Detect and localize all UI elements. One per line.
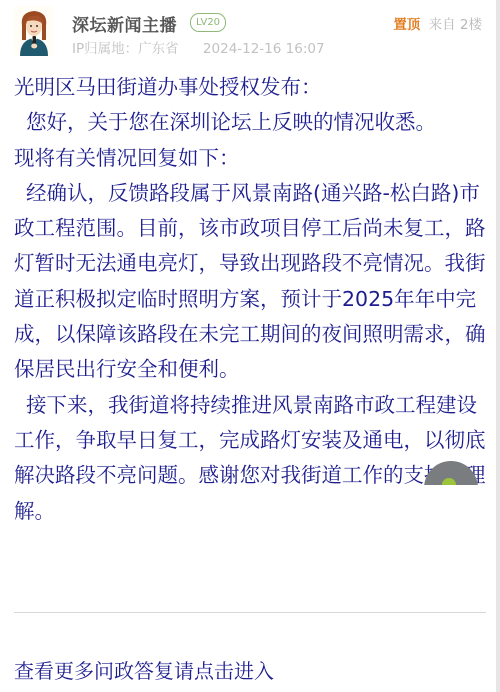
floating-button-dome bbox=[424, 461, 478, 485]
more-replies-link[interactable]: 查看更多问政答复请点击进入 bbox=[14, 655, 274, 684]
level-badge: LV20 bbox=[190, 13, 226, 32]
post-header: 深坛新闻主播 LV20 IP归属地：广东省 2024-12-16 16:07 置… bbox=[0, 0, 496, 64]
divider bbox=[14, 612, 486, 613]
author-name[interactable]: 深坛新闻主播 bbox=[72, 11, 177, 36]
post-timestamp: 2024-12-16 16:07 bbox=[203, 41, 325, 57]
content-paragraph: 接下来，我街道将持续推进风景南路市政工程建设工作，争取早日复工，完成路灯安装及通… bbox=[14, 388, 488, 529]
post-content: 光明区马田街道办事处授权发布： 您好，关于您在深圳论坛上反映的情况收悉。 现将有… bbox=[14, 70, 488, 529]
post-meta: IP归属地：广东省 2024-12-16 16:07 bbox=[72, 37, 325, 57]
ip-location: IP归属地：广东省 bbox=[72, 41, 179, 57]
floor-label: 来自 2楼 bbox=[429, 17, 482, 33]
content-paragraph: 现将有关情况回复如下： bbox=[14, 141, 488, 176]
pinned-badge: 置顶 bbox=[393, 17, 420, 33]
content-paragraph: 经确认，反馈路段属于风景南路(通兴路-松白路)市政工程范围。目前，该市政项目停工… bbox=[14, 176, 488, 388]
content-paragraph: 您好，关于您在深圳论坛上反映的情况收悉。 bbox=[14, 105, 488, 140]
leaf-icon bbox=[442, 478, 456, 485]
cartoon-woman-microphone-icon bbox=[14, 6, 54, 56]
scrollbar[interactable] bbox=[496, 0, 500, 692]
content-paragraph: 光明区马田街道办事处授权发布： bbox=[14, 70, 488, 105]
floating-action-button[interactable] bbox=[424, 461, 478, 485]
post-right-info: 置顶 来自 2楼 bbox=[393, 13, 482, 33]
avatar[interactable] bbox=[14, 6, 54, 56]
